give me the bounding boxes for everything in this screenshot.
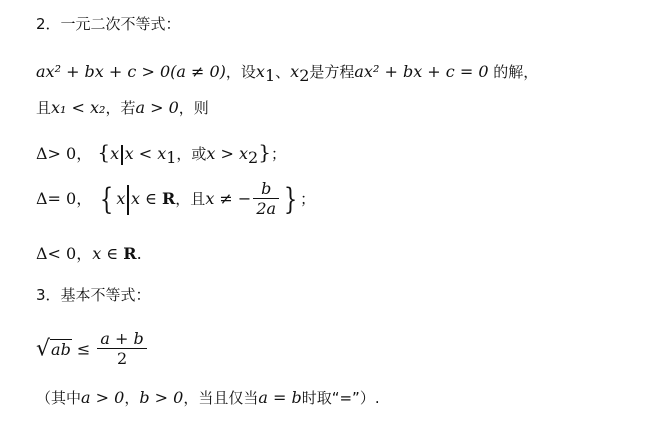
radicand: ab xyxy=(50,339,72,360)
cond-neq: x ≠ − xyxy=(205,189,251,208)
fraction-b-over-2a: b2a xyxy=(253,180,279,219)
comma: ， xyxy=(124,389,139,407)
var-x2: x xyxy=(290,62,299,81)
set-bar xyxy=(127,185,129,215)
semicolon: ； xyxy=(300,190,315,208)
cond-member: x ∈ xyxy=(131,189,162,208)
text-equality-holds: 时取“=”）. xyxy=(302,389,380,407)
leq-sign: ≤ xyxy=(77,340,90,359)
equation: ax² + bx + c = 0 xyxy=(354,62,488,81)
separator: 、 xyxy=(275,63,290,81)
text-and: ，且 xyxy=(175,190,205,208)
set-open-brace: { xyxy=(100,190,113,210)
numerator: b xyxy=(253,180,279,198)
denominator: 2 xyxy=(97,348,146,369)
square-root: √ab xyxy=(36,339,72,360)
text-then: ，则 xyxy=(179,99,209,117)
text-where: （其中 xyxy=(36,389,81,407)
condition-line: 且x₁ < x₂，若a > 0，则 xyxy=(36,98,209,118)
set-close-brace: } xyxy=(284,190,297,210)
section-3-heading: 3．基本不等式： xyxy=(36,285,151,305)
period: . xyxy=(137,244,142,263)
sub-2: 2 xyxy=(248,148,258,167)
var-x1: x xyxy=(256,62,265,81)
cond-member: x ∈ xyxy=(92,244,123,263)
equality-condition-note: （其中a > 0，b > 0，当且仅当a = b时取“=”）. xyxy=(36,388,380,408)
sub-2: 2 xyxy=(299,66,309,85)
delta-label: Δ> 0， xyxy=(36,144,92,163)
case-delta-negative: Δ< 0，x ∈ R. xyxy=(36,244,142,264)
radical-sign-icon: √ xyxy=(36,337,50,362)
cond-a-positive: a > 0 xyxy=(81,388,124,407)
a-condition: a > 0 xyxy=(135,98,178,117)
text-and: 且 xyxy=(36,99,51,117)
reals-symbol: R xyxy=(162,189,175,208)
text-if: ，若 xyxy=(105,99,135,117)
set-open-brace: { xyxy=(97,140,110,164)
sub-1: 1 xyxy=(265,66,275,85)
fraction-mean: a + b2 xyxy=(97,330,146,369)
case-delta-zero: Δ= 0， {xx ∈ R，且x ≠ −b2a}； xyxy=(36,180,315,219)
section-2-heading: 2．一元二次不等式： xyxy=(36,14,181,34)
cond-b-positive: b > 0 xyxy=(139,388,183,407)
cond-greater: x > x xyxy=(206,144,248,163)
set-var: x xyxy=(110,144,119,163)
set-bar xyxy=(121,145,123,165)
text-set: ，设 xyxy=(226,63,256,81)
am-gm-formula: √ab ≤ a + b2 xyxy=(36,330,149,369)
delta-label: Δ= 0， xyxy=(36,189,92,208)
denominator: 2a xyxy=(253,198,279,219)
cond-less: x < x xyxy=(125,144,167,163)
root-order: x₁ < x₂ xyxy=(51,98,105,117)
numerator: a + b xyxy=(97,330,146,348)
text-or: ，或 xyxy=(176,145,206,163)
reals-symbol: R xyxy=(123,244,136,263)
text-iff: ，当且仅当 xyxy=(183,389,258,407)
inequality-expression: ax² + bx + c > 0(a ≠ 0) xyxy=(36,62,226,81)
quadratic-inequality-line: ax² + bx + c > 0(a ≠ 0)，设x1、x2是方程ax² + b… xyxy=(36,62,538,82)
semicolon: ； xyxy=(271,145,286,163)
sub-1: 1 xyxy=(166,148,176,167)
case-delta-positive: Δ> 0， {xx < x1，或x > x2}； xyxy=(36,142,286,165)
set-close-brace: } xyxy=(258,140,271,164)
text-is-root: 是方程 xyxy=(309,63,354,81)
set-var: x xyxy=(116,189,125,208)
text-solution: 的解， xyxy=(489,63,539,81)
cond-a-equals-b: a = b xyxy=(258,388,301,407)
delta-label: Δ< 0， xyxy=(36,244,92,263)
